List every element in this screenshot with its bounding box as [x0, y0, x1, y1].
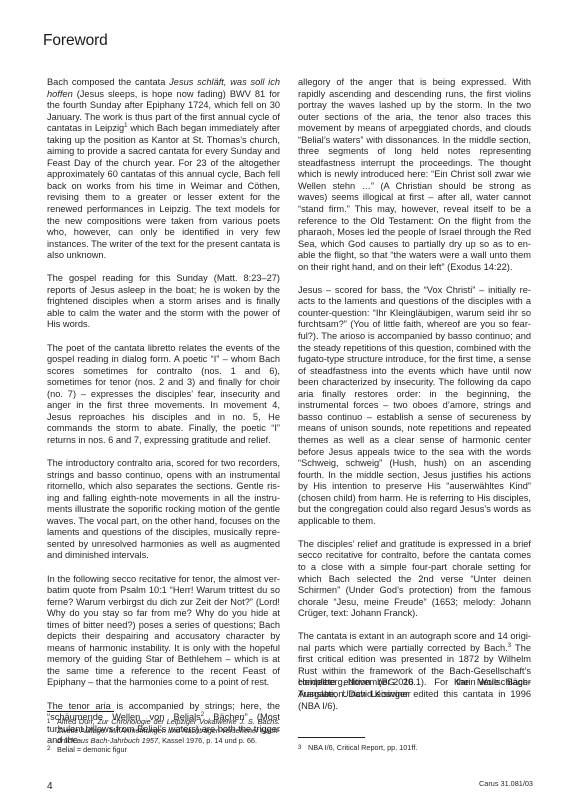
footnotes-left: 1 Alfred Dürr, Zur Chronologie der Leipz…	[47, 711, 280, 755]
paragraph-gospel: The gospel reading for this Sunday (Matt…	[47, 273, 280, 331]
footnote-3: 3 NBA I/6, Critical Report, pp. 101ff.	[298, 743, 531, 753]
paragraph-allegory: allegory of the anger that is being expr…	[298, 77, 531, 273]
translation-credit: Translation: David Kosviner	[298, 689, 531, 701]
footnote-divider	[298, 737, 365, 738]
footnote-text: NBA I/6, Critical Report, pp. 101ff.	[308, 743, 531, 753]
footnote-1: 1 Alfred Dürr, Zur Chronologie der Leipz…	[47, 717, 280, 745]
page-number: 4	[47, 781, 53, 792]
footnote-number: 1	[47, 717, 57, 745]
footnote-divider	[47, 711, 114, 712]
paragraph-relief: The disciples’ relief and gratitude is e…	[298, 539, 531, 620]
footnote-2: 2 Belial = demonic figur	[47, 745, 280, 755]
text-run: which Bach began immediately after takin…	[47, 123, 280, 260]
footnotes-right: 3 NBA I/6, Critical Report, pp. 101ff.	[298, 737, 531, 753]
author-name: Karin Wollschläger	[454, 677, 531, 689]
paragraph-jesus-bass: Jesus – scored for bass, the “Vox Christ…	[298, 285, 531, 527]
footnote-text: Alfred Dürr, Zur Chronologie der Leipzig…	[57, 717, 280, 745]
place-date: Heidelberg, November 2016	[298, 677, 414, 689]
paragraph-recitative: In the following secco recitative for te…	[47, 574, 280, 689]
signature-block: Heidelberg, November 2016 Karin Wollschl…	[298, 677, 531, 700]
left-column: Bach composed the cantata Jesus schläft,…	[47, 77, 280, 747]
text-run: , Kassel 1976, p. 14 und p. 66.	[158, 736, 257, 745]
paragraph-contralto-aria: The introductory contralto aria, scored …	[47, 458, 280, 562]
paragraph-intro: Bach composed the cantata Jesus schläft,…	[47, 77, 280, 262]
text-run: Bach composed the cantata	[47, 77, 169, 87]
catalog-number: Carus 31.081/03	[479, 779, 533, 788]
text-run: The cantata is extant in an autograph sc…	[298, 631, 531, 653]
paragraph-libretto: The poet of the cantata libretto relates…	[47, 343, 280, 447]
footnote-text: Belial = demonic figur	[57, 745, 280, 755]
footnote-number: 3	[298, 743, 308, 753]
footnote-number: 2	[47, 745, 57, 755]
right-column: allegory of the anger that is being expr…	[298, 77, 531, 712]
text-run: Alfred Dürr,	[57, 717, 98, 726]
page-title: Foreword	[43, 32, 108, 50]
